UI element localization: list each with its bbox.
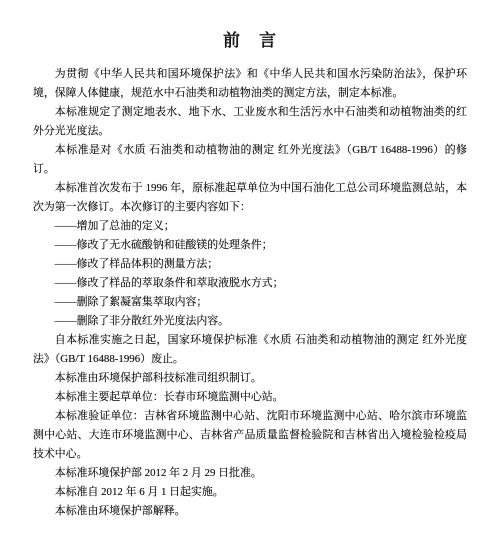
- scope-paragraph: 本标准规定了测定地表水、地下水、工业废水和生活污水中石油类和动植物油类的红外分光…: [33, 103, 467, 141]
- first-publication-paragraph: 本标准首次发布于 1996 年，原标准起草单位为中国石油化工总公司环境监测总站，…: [33, 179, 467, 217]
- revision-basis-paragraph: 本标准是对《水质 石油类和动植物油的测定 红外光度法》（GB/T 16488-1…: [33, 141, 467, 179]
- revision-list-item: ——修改了样品的萃取条件和萃取液脱水方式；: [33, 274, 467, 293]
- purpose-paragraph: 为贯彻《中华人民共和国环境保护法》和《中华人民共和国水污染防治法》，保护环境，保…: [33, 65, 467, 103]
- page-title: 前 言: [33, 29, 467, 52]
- organizer-paragraph: 本标准由环境保护部科技标准司组织制订。: [33, 369, 467, 388]
- document-page: 前 言 为贯彻《中华人民共和国环境保护法》和《中华人民共和国水污染防治法》，保护…: [0, 0, 500, 533]
- revision-list-item: ——删除了絮凝富集萃取内容；: [33, 293, 467, 312]
- interpretation-paragraph: 本标准由环境保护部解释。: [33, 502, 467, 521]
- foreword-body: 为贯彻《中华人民共和国环境保护法》和《中华人民共和国水污染防治法》，保护环境，保…: [33, 65, 467, 521]
- revision-list-item: ——增加了总油的定义；: [33, 217, 467, 236]
- revision-list-item: ——删除了非分散红外光度法内容。: [33, 312, 467, 331]
- revision-list-item: ——修改了样品体积的测量方法；: [33, 255, 467, 274]
- approval-paragraph: 本标准环境保护部 2012 年 2 月 29 日批准。: [33, 464, 467, 483]
- drafting-unit-paragraph: 本标准主要起草单位：长春市环境监测中心站。: [33, 388, 467, 407]
- verification-units-paragraph: 本标准验证单位：吉林省环境监测中心站、沈阳市环境监测中心站、哈尔滨市环境监测中心…: [33, 407, 467, 464]
- implementation-paragraph: 本标准自 2012 年 6 月 1 日起实施。: [33, 483, 467, 502]
- revision-list-item: ——修改了无水硫酸钠和硅酸镁的处理条件；: [33, 236, 467, 255]
- supersedes-paragraph: 自本标准实施之日起，国家环境保护标准《水质 石油类和动植物油的测定 红外光度法》…: [33, 331, 467, 369]
